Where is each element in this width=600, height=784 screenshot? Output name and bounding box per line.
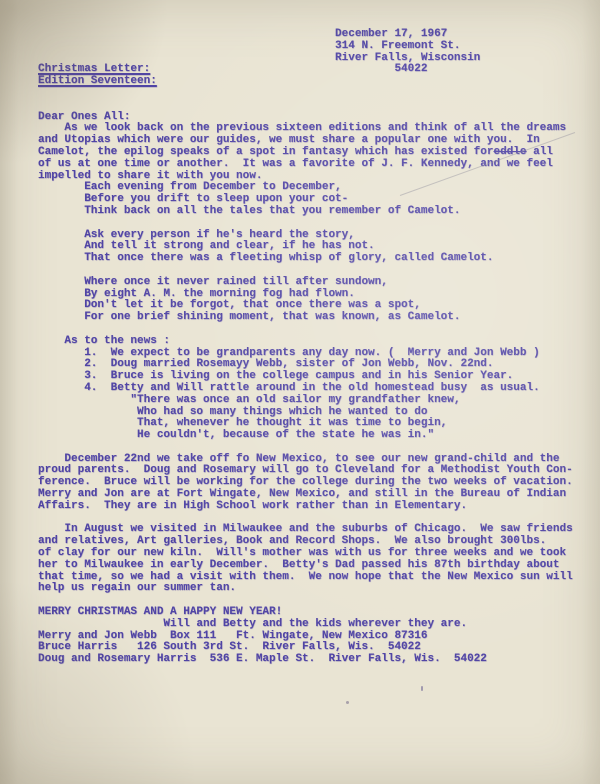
poem-line: Think back on all the tales that you rem… <box>38 206 573 218</box>
text-segment: 2. Doug married Rosemayy Webb, sister of… <box>38 358 493 370</box>
letter-body: December 17, 1967 314 N. Freemont St. Ri… <box>38 29 573 666</box>
text-segment: "There was once an old sailor my grandfa… <box>38 394 460 406</box>
text-segment: That once there was a fleeting whisp of … <box>38 252 493 264</box>
text-segment: As we look back on the previous sixteen … <box>38 122 566 134</box>
blank <box>38 88 573 100</box>
text-segment: proud parents. Doug and Rosemary will go… <box>38 464 573 476</box>
poem-line: For one brief shining moment, that was k… <box>38 312 573 324</box>
text-segment: Merry and Jon are at Fort Wingate, New M… <box>38 488 566 500</box>
text-segment: Will and Betty and the kids wherever the… <box>38 618 467 630</box>
text-segment: Don't let it be forgot, that once there … <box>38 299 421 311</box>
scan-speck <box>421 686 423 691</box>
text-segment: impelled to share it with you now. <box>38 170 262 182</box>
text-segment: Think back on all the tales that you rem… <box>38 205 460 217</box>
poem-line: That once there was a fleeting whisp of … <box>38 253 573 265</box>
text-segment: That, whenever he thought it was time to… <box>38 417 447 429</box>
text-segment: Before you drift to sleep upon your cot- <box>38 193 348 205</box>
text-segment: 314 N. Freemont St. <box>38 40 460 52</box>
text-segment: Bruce Harris 126 South 3rd St. River Fal… <box>38 641 421 653</box>
text-segment: 1. We expect to be grandparents any day … <box>38 347 540 359</box>
text-segment: Dear Ones All: <box>38 111 130 123</box>
quote-line: He couldn't, because of the state he was… <box>38 430 573 442</box>
scan-speck <box>346 701 349 704</box>
body-line: help us regain our summer tan. <box>38 583 573 595</box>
text-segment: MERRY CHRISTMAS AND A HAPPY NEW YEAR! <box>38 606 282 618</box>
heading-line: Edition Seventeen: <box>38 76 573 88</box>
text-segment: Each evening from December to December, <box>38 181 342 193</box>
text-segment: of us at one time or another. It was a f… <box>38 158 553 170</box>
signature-line: Doug and Rosemary Harris 536 E. Maple St… <box>38 654 573 666</box>
text-segment: of clay for our new kiln. Will's mother … <box>38 547 566 559</box>
text-segment: By eight A. M. the morning fog had flown… <box>38 288 355 300</box>
text-segment: As to the news : <box>38 335 170 347</box>
text-segment: and relatives, Art galleries, Book and R… <box>38 535 546 547</box>
body-line: Affairs. They are in High School work ra… <box>38 501 573 513</box>
text-segment: In August we visited in Milwaukee and th… <box>38 523 573 535</box>
text-segment: Ask every person if he's heard the story… <box>38 229 355 241</box>
text-segment: that time, so we had a visit with them. … <box>38 571 573 583</box>
struck-out-text: eddle <box>493 146 526 158</box>
text-segment: December 22nd we take off fo New Mexico,… <box>38 453 560 465</box>
text-segment: Who had so many things which he wanted t… <box>38 406 427 418</box>
text-segment: her to Milwaukee in early December. Bett… <box>38 559 560 571</box>
underlined-text: Christmas Letter: <box>38 63 150 75</box>
text-segment: 54022 <box>150 63 427 75</box>
text-segment: And tell it strong and clear, if he has … <box>38 240 375 252</box>
text-segment: 4. Betty and Will rattle around in the o… <box>38 382 540 394</box>
text-segment: December 17, 1967 <box>38 28 447 40</box>
scanned-letter-page: December 17, 1967 314 N. Freemont St. Ri… <box>0 0 600 784</box>
text-segment: 3. Bruce is living on the college campus… <box>38 370 513 382</box>
text-segment: Where once it never rained till after su… <box>38 276 388 288</box>
underlined-text: Edition Seventeen: <box>38 75 157 87</box>
text-segment: all <box>527 146 553 158</box>
text-segment: Camelot, the epilog speaks of a spot in … <box>38 146 493 158</box>
text-segment: help us regain our summer tan. <box>38 582 236 594</box>
text-segment: ference. Bruce will be working for the c… <box>38 476 573 488</box>
text-segment: Affairs. They are in High School work ra… <box>38 500 467 512</box>
text-segment: He couldn't, because of the state he was… <box>38 429 434 441</box>
text-segment: and Utopias which were our guides, we mu… <box>38 134 540 146</box>
text-segment: River Falls, Wisconsin <box>38 52 480 64</box>
text-segment: Merry and Jon Webb Box 111 Ft. Wingate, … <box>38 630 427 642</box>
text-segment: Doug and Rosemary Harris 536 E. Maple St… <box>38 653 487 665</box>
text-segment: For one brief shining moment, that was k… <box>38 311 460 323</box>
